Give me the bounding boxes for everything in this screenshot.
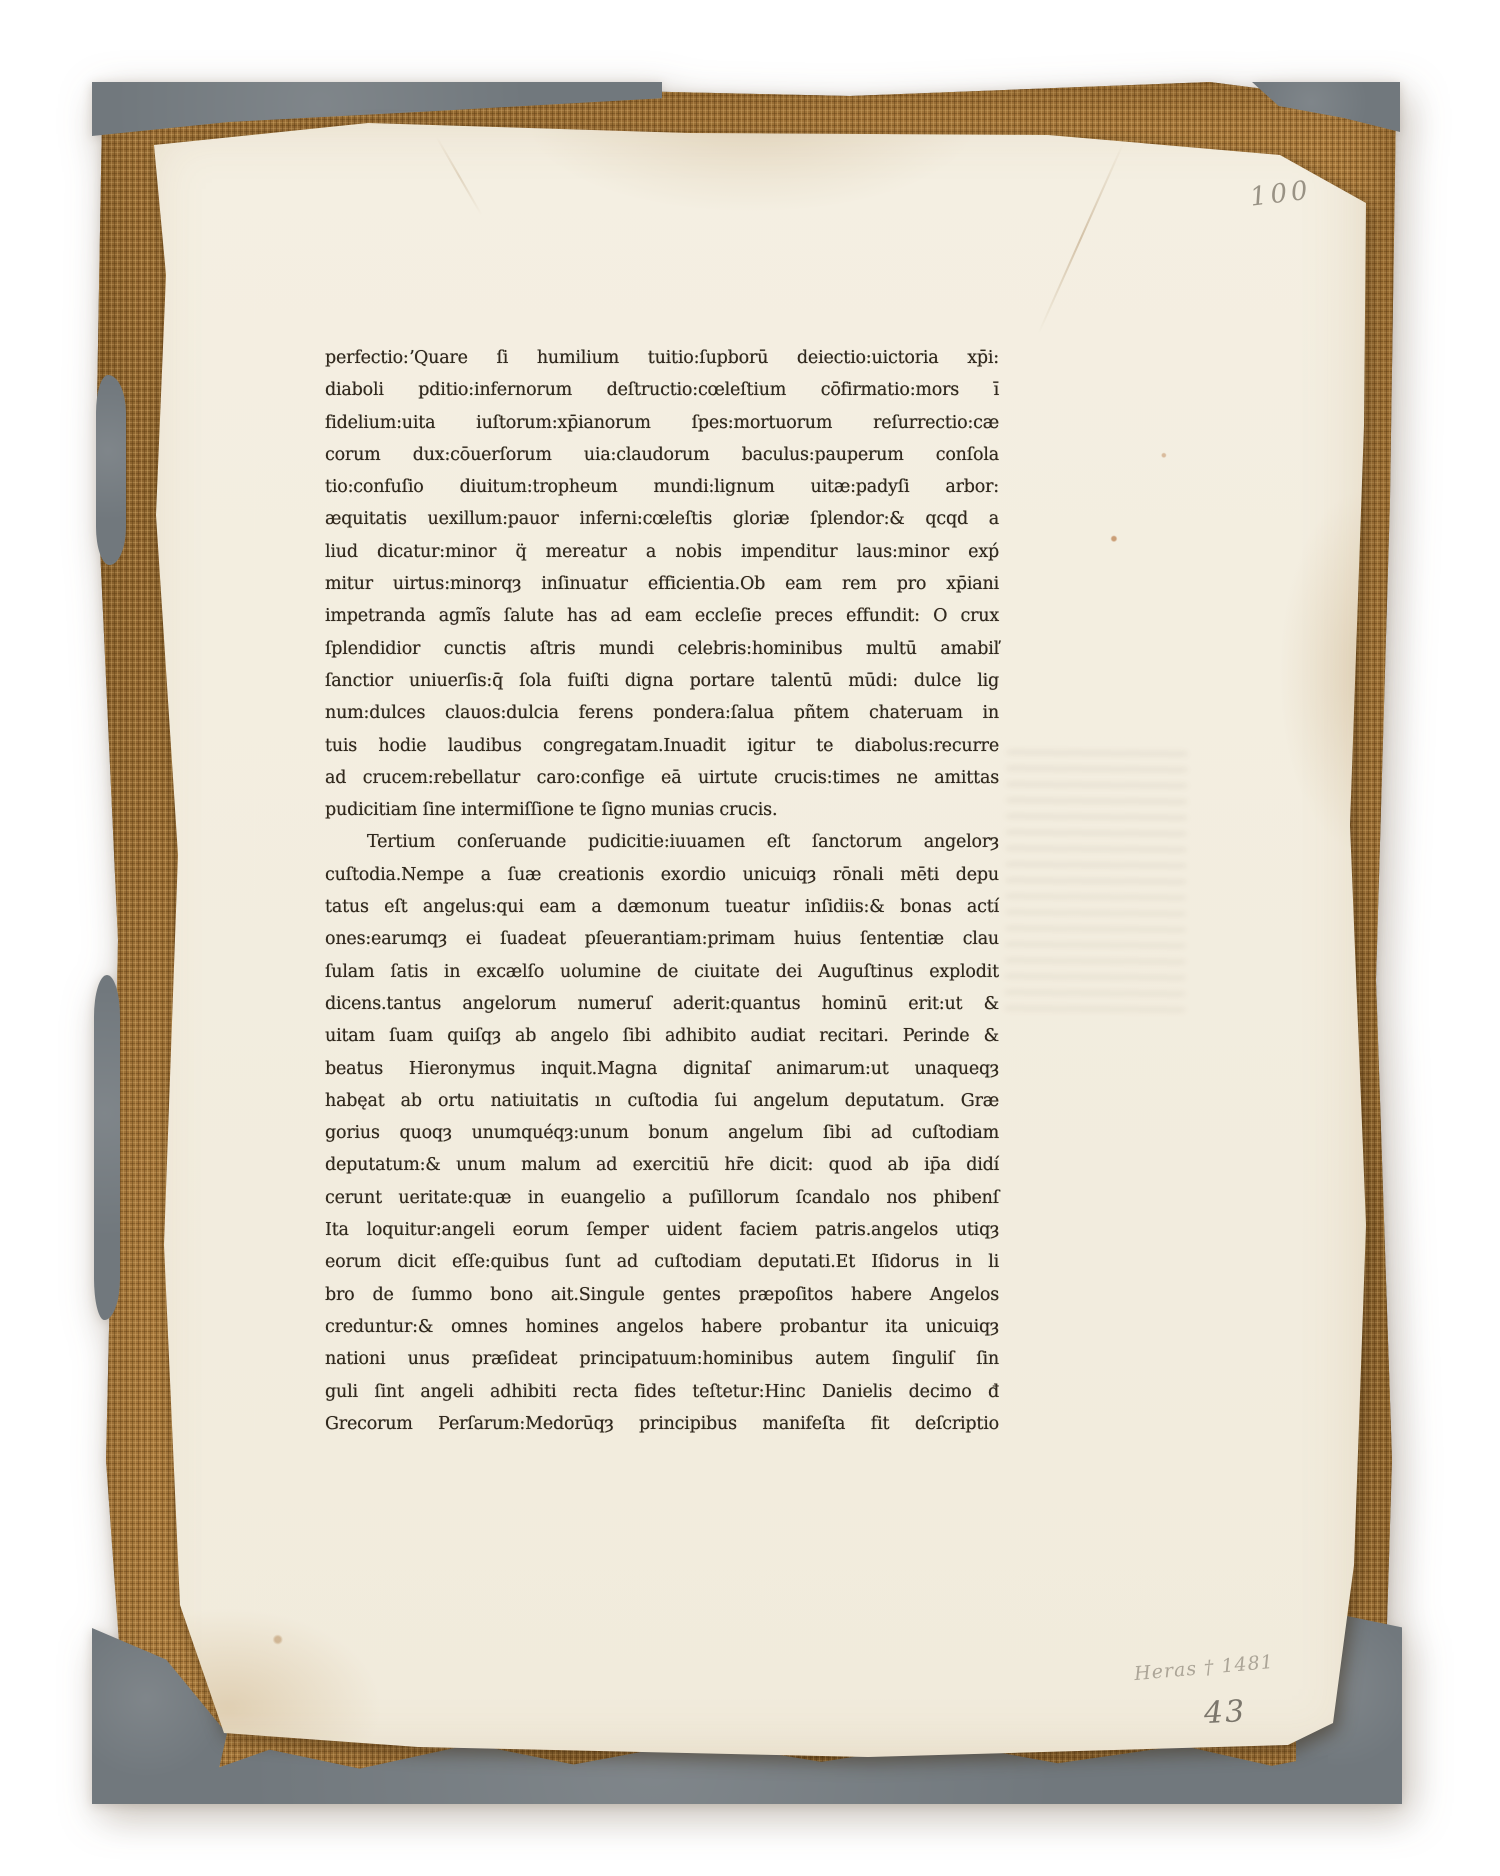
text-line: mitur uirtus:minorqȝ inſinuatur efficien… [325,568,999,600]
text-line: corum dux:cōuerſorum uia:claudorum bacul… [325,439,999,471]
text-line: gorius quoqȝ unumquéqȝ:unum bonum angelu… [325,1117,999,1149]
text-line: ſulam ſatis in excælſo uolumine de ciuit… [325,956,999,988]
leaf-shadow-wrap: perfectio:ʼQuare ſi humilium tuitio:ſupb… [128,105,1376,1773]
text-line: pudicitiam ſine intermiſſione te ſigno m… [325,794,999,826]
handwritten-attribution: Heras † 1481 [1133,1651,1274,1685]
board-patch-left-lower [94,975,120,1320]
paper-crease [1037,142,1124,334]
handwritten-page-number: 100 [1248,175,1313,212]
text-line: ad crucem:rebellatur caro:confige eā uir… [325,762,999,794]
text-block: perfectio:ʼQuare ſi humilium tuitio:ſupb… [325,342,999,1440]
text-line: uitam ſuam quiſqȝ ab angelo ſibi adhibit… [325,1020,999,1052]
text-line: cerunt ueritate:quæ in euangelio a puſil… [325,1182,999,1214]
text-line: ſplendidior cunctis aſtris mundi celebri… [325,633,999,665]
text-line: ones:earumqȝ ei ſuadeat pſeuerantiam:pri… [325,923,999,955]
board-patch-left-upper [96,375,126,565]
text-line: ſanctior uniuerſis:q̄ ſola fuiſti digna … [325,665,999,697]
text-line: habęat ab ortu natiuitatis ın cuſtodia ſ… [325,1085,999,1117]
text-line: guli ſint angeli adhibiti recta fides te… [325,1376,999,1408]
text-line: dicens.tantus angelorum numeruſ aderit:q… [325,988,999,1020]
verso-show-through [1005,740,1187,1012]
text-line: beatus Hieronymus inquit.Magna dignitaſ … [325,1053,999,1085]
text-line: perfectio:ʼQuare ſi humilium tuitio:ſupb… [325,342,999,374]
paper-crease [436,137,482,216]
text-line: creduntur:& omnes homines angelos habere… [325,1311,999,1343]
photo-background: perfectio:ʼQuare ſi humilium tuitio:ſupb… [0,0,1500,1876]
text-line: nationi unus præſideat principatuum:homi… [325,1343,999,1375]
text-line: impetranda agmĩs ſalute has ad eam eccle… [325,600,999,632]
text-line: æquitatis uexillum:pauor inferni:cœleſti… [325,503,999,535]
text-line: liud dicatur:minor q̈ mereatur a nobis i… [325,536,999,568]
handwritten-folio-number: 43 [1203,1694,1247,1731]
text-line: eorum dicit eſſe:quibus ſunt ad cuſtodia… [325,1246,999,1278]
text-line: Grecorum Perſarum:Medorūqȝ principibus m… [325,1408,999,1440]
text-line: deputatum:& unum malum ad exercitiū hr̄e… [325,1149,999,1181]
text-line: Ita loquitur:angeli eorum ſemper uident … [325,1214,999,1246]
text-line: tuis hodie laudibus congregatam.Inuadit … [325,730,999,762]
text-line: tatus eſt angelus:qui eam a dæmonum tuea… [325,891,999,923]
text-line: num:dulces clauos:dulcia ferens pondera:… [325,697,999,729]
incunable-leaf: perfectio:ʼQuare ſi humilium tuitio:ſupb… [128,105,1376,1773]
text-line: cuſtodia.Nempe a ſuæ creationis exordio … [325,859,999,891]
text-line: tio:confuſio diuitum:tropheum mundi:lign… [325,471,999,503]
text-line: diaboli pditio:infernorum deſtructio:cœl… [325,374,999,406]
text-line: Tertium conſeruande pudicitie:iuuamen eſ… [325,826,999,858]
text-line: fidelium:uita iuſtorum:xp̄ianorum ſpes:m… [325,407,999,439]
text-line: bro de ſummo bono ait.Singule gentes præ… [325,1279,999,1311]
